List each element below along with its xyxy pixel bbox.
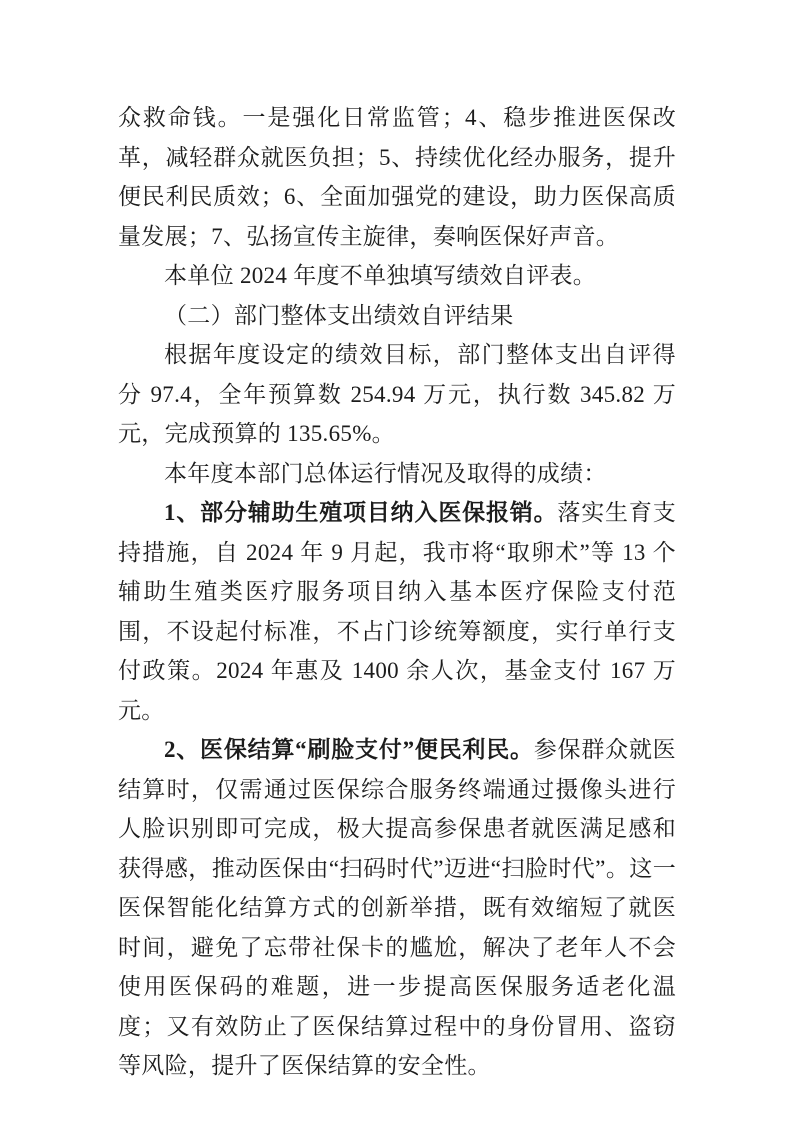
paragraph: 本年度本部门总体运行情况及取得的成绩：: [118, 454, 676, 494]
text-run: （二）部门整体支出绩效自评结果: [164, 303, 514, 328]
text-run: 根据年度设定的绩效目标，部门整体支出自评得分 97.4，全年预算数 254.94…: [118, 342, 676, 446]
paragraph: （二）部门整体支出绩效自评结果: [118, 296, 676, 336]
paragraph: 1、部分辅助生殖项目纳入医保报销。落实生育支持措施，自 2024 年 9 月起，…: [118, 493, 676, 730]
paragraph: 本单位 2024 年度不单独填写绩效自评表。: [118, 256, 676, 296]
document-body: 众救命钱。一是强化日常监管；4、稳步推进医保改革，减轻群众就医负担；5、持续优化…: [118, 98, 676, 1086]
document-page: 众救命钱。一是强化日常监管；4、稳步推进医保改革，减轻群众就医负担；5、持续优化…: [0, 0, 793, 1122]
text-run: 本年度本部门总体运行情况及取得的成绩：: [164, 461, 607, 486]
paragraph: 众救命钱。一是强化日常监管；4、稳步推进医保改革，减轻群众就医负担；5、持续优化…: [118, 98, 676, 256]
text-run: 本单位 2024 年度不单独填写绩效自评表。: [164, 263, 596, 288]
paragraph: 根据年度设定的绩效目标，部门整体支出自评得分 97.4，全年预算数 254.94…: [118, 335, 676, 454]
text-run: 众救命钱。一是强化日常监管；4、稳步推进医保改革，减轻群众就医负担；5、持续优化…: [118, 105, 676, 249]
bold-lead-run: 1、部分辅助生殖项目纳入医保报销。: [164, 500, 557, 525]
text-run: 参保群众就医结算时，仅需通过医保综合服务终端通过摄像头进行人脸识别即可完成，极大…: [118, 737, 676, 1078]
bold-lead-run: 2、医保结算“刷脸支付”便民利民。: [164, 737, 534, 762]
text-run: 落实生育支持措施，自 2024 年 9 月起，我市将“取卵术”等 13 个辅助生…: [118, 500, 676, 723]
paragraph: 2、医保结算“刷脸支付”便民利民。参保群众就医结算时，仅需通过医保综合服务终端通…: [118, 730, 676, 1086]
